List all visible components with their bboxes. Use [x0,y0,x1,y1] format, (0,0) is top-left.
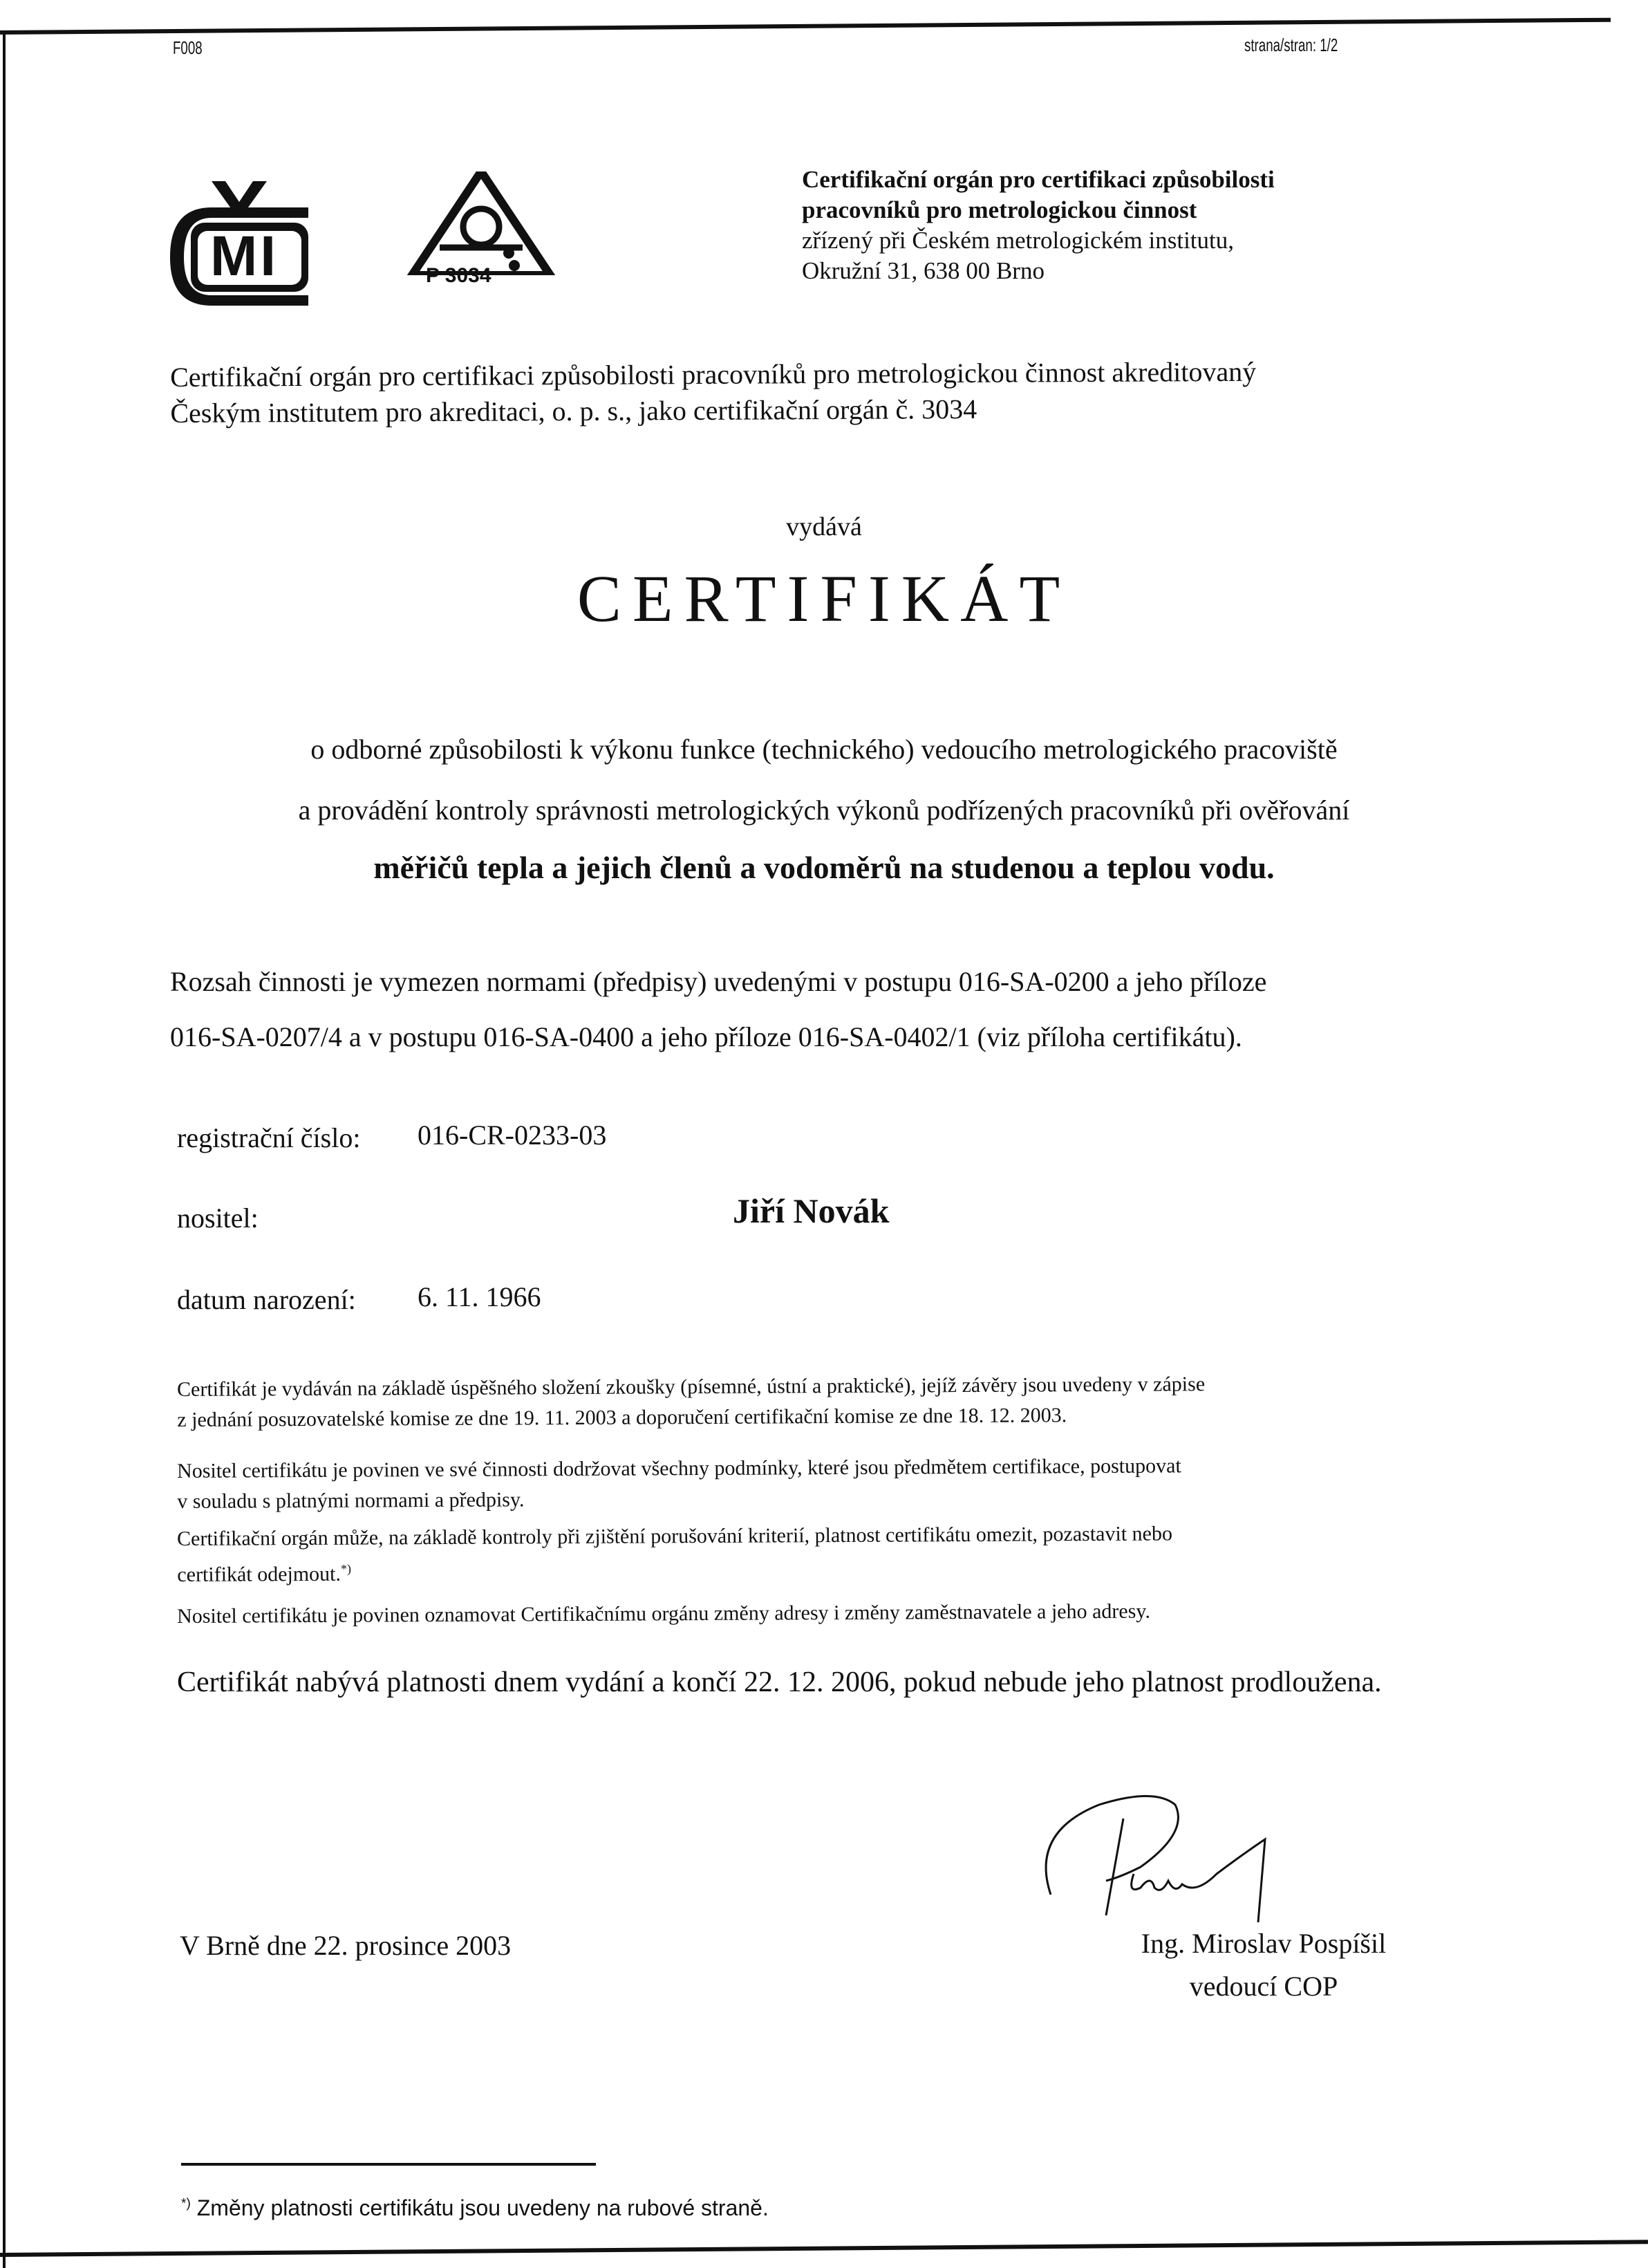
registration-value: 016-CR-0233-03 [418,1119,606,1151]
accreditation-paragraph: Certifikační orgán pro certifikaci způso… [170,354,1257,431]
cmi-logo: MI [170,181,308,306]
issuer-line-1: Certifikační orgán pro certifikaci způso… [802,165,1275,195]
scope-line-2: 016-SA-0207/4 a v postupu 016-SA-0400 a … [170,1010,1483,1065]
birth-date-label: datum narození: [177,1283,356,1316]
accreditation-number: P 3034 [426,264,491,288]
signatory-name: Ing. Miroslav Pospíšil [1091,1922,1436,1965]
holder-name: Jiří Novák [733,1191,889,1231]
footnote-text: Změny platnosti certifikátu jsou uvedeny… [197,2195,769,2220]
holder-label: nositel: [177,1202,259,1234]
footnote-mark: *) [181,2196,191,2211]
signatory-block: Ing. Miroslav Pospíšil vedoucí COP [1091,1922,1436,2008]
scope-line-1: Rozsah činnosti je vymezen normami (před… [170,954,1483,1010]
footnote-mark: *) [341,1562,351,1576]
page-border-left [3,30,6,2268]
issuer-line-3: zřízený při Českém metrologickém institu… [802,225,1275,256]
scope-paragraph: Rozsah činnosti je vymezen normami (před… [170,954,1483,1065]
condition-exam-line-2: z jednání posuzovatelské komise ze dne 1… [177,1398,1470,1435]
competence-line-2: a provádění kontroly správnosti metrolog… [0,794,1648,826]
footnote: *) Změny platnosti certifikátu jsou uved… [181,2195,769,2221]
footnote-divider [181,2163,596,2166]
validity-statement: Certifikát nabývá platnosti dnem vydání … [177,1661,1470,1704]
certificate-title: CERTIFIKÁT [0,560,1648,637]
condition-notify: Nositel certifikátu je povinen oznamovat… [177,1595,1470,1632]
issues-label: vydává [0,512,1648,542]
form-code: F008 [173,37,203,59]
condition-exam: Certifikát je vydáván na základě úspěšné… [177,1368,1470,1435]
accreditation-line-2: Českým institutem pro akreditaci, o. p. … [170,390,1256,431]
cmi-logo-text: MI [210,224,279,289]
condition-obligations: Nositel certifikátu je povinen ve své či… [177,1449,1470,1517]
condition-revocation-text: certifikát odejmout. [177,1563,341,1586]
birth-date-value: 6. 11. 1966 [418,1281,541,1313]
competence-line-1: o odborné způsobilosti k výkonu funkce (… [0,733,1648,765]
condition-revocation: Certifikační orgán může, na základě kont… [177,1517,1470,1590]
handwritten-signature-icon [1037,1791,1383,1929]
accreditation-triangle-icon [405,171,557,275]
condition-revocation-line-2: certifikát odejmout.*) [177,1547,1470,1590]
competence-subject: měřičů tepla a jejich členů a vodoměrů n… [0,849,1648,886]
place-date: V Brně dne 22. prosince 2003 [180,1929,511,1962]
accreditation-line-1: Certifikační orgán pro certifikaci způso… [170,354,1256,396]
issuer-block: Certifikační orgán pro certifikaci způso… [802,165,1275,286]
signature [1037,1791,1383,1929]
page-border-top [0,18,1611,35]
issuer-line-4: Okružní 31, 638 00 Brno [802,256,1275,286]
accreditation-logo: P 3034 [405,171,557,296]
page-indicator: strana/stran: 1/2 [1244,35,1338,56]
issuer-line-2: pracovníků pro metrologickou činnost [802,195,1275,225]
page-border-bottom [0,2240,1648,2257]
signatory-role: vedoucí COP [1091,1965,1436,2008]
condition-obligations-line-2: v souladu s platnými normami a předpisy. [177,1480,1470,1517]
registration-label: registrační číslo: [177,1122,360,1154]
